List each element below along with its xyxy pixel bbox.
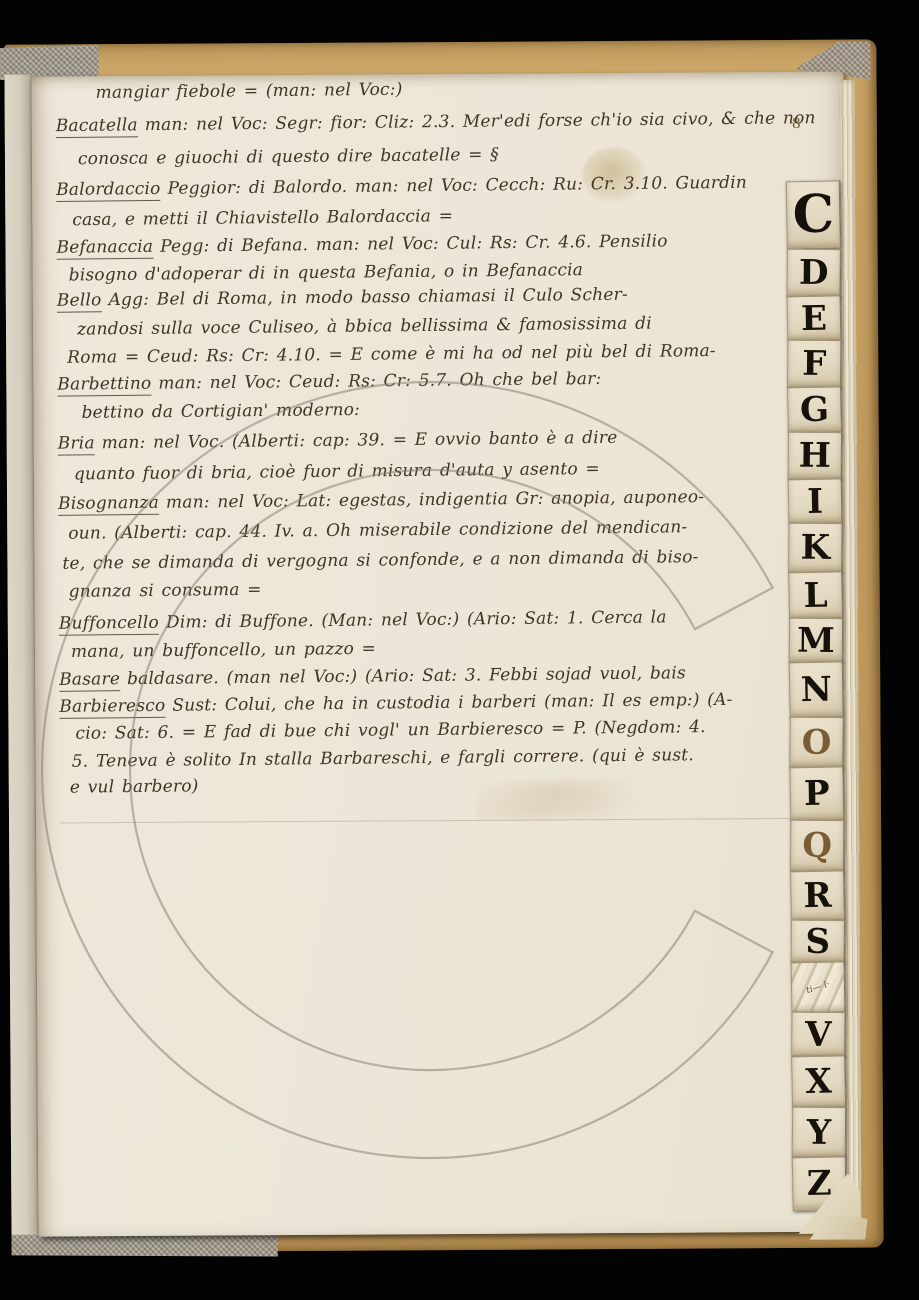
manuscript-photo: 8 mangiar fiebole = (man: nel Voc:)Bacat…	[0, 0, 919, 1300]
alphabet-tab: Q	[790, 820, 844, 873]
tab-letter: D	[799, 256, 829, 290]
entry-headword: Bria	[58, 433, 95, 455]
tab-letter: Y	[807, 1115, 832, 1149]
manuscript-line: bettino da Cortigian' moderno:	[81, 400, 360, 423]
entry-text: bettino da Cortigian' moderno:	[81, 400, 360, 423]
entry-text: gnanza si consuma =	[69, 580, 262, 602]
manuscript-line: BarbierescoSust: Colui, che ha in custod…	[59, 690, 732, 717]
entry-text: man: nel Voc: Segr: fior: Cliz: 2.3. Mer…	[145, 108, 816, 135]
entry-headword: Bacatella	[56, 115, 138, 138]
entry-text: mangiar fiebole = (man: nel Voc:)	[95, 80, 402, 103]
entry-text: baldasare. (man nel Voc:) (Ario: Sat: 3.…	[127, 663, 686, 689]
alphabet-tab: I	[788, 478, 843, 524]
entry-text: mana, un buffoncello, un pazzo =	[71, 639, 376, 662]
tab-letter: F	[802, 347, 826, 381]
tab-letter: L	[803, 578, 828, 612]
manuscript-line: Briaman: nel Voc. (Alberti: cap: 39. = E…	[58, 428, 618, 454]
entry-text: casa, e metti il Chiavistello Balordacci…	[72, 206, 453, 230]
manuscript-line: casa, e metti il Chiavistello Balordacci…	[72, 206, 453, 230]
manuscript-line: bisogno d'adoperar di in questa Befania,…	[69, 260, 584, 285]
manuscript-line: Roma = Ceud: Rs: Cr: 4.10. = E come è mi…	[67, 341, 716, 368]
tab-letter: I	[807, 484, 824, 518]
manuscript-line: mangiar fiebole = (man: nel Voc:)	[95, 80, 402, 103]
entry-text: oun. (Alberti: cap. 44. Iv. a. Oh misera…	[68, 517, 687, 543]
entry-text: bisogno d'adoperar di in questa Befania,…	[69, 260, 584, 285]
entry-headword: Barbieresco	[59, 696, 165, 719]
manuscript-line: Basarebaldasare. (man nel Voc:) (Ario: S…	[59, 663, 686, 690]
manuscript-line: Bisognanzaman: nel Voc: Lat: egestas, in…	[58, 487, 704, 514]
entry-headword: Barbettino	[57, 374, 151, 397]
entry-text: zandosi sulla voce Culiseo, à bbica bell…	[77, 314, 652, 340]
alphabet-tab: O	[789, 717, 843, 769]
entry-headword: Basare	[59, 669, 120, 692]
manuscript-line: zandosi sulla voce Culiseo, à bbica bell…	[77, 314, 652, 340]
manuscript-line: BelloAgg: Bel di Roma, in modo basso chi…	[57, 285, 628, 311]
tab-letter: Z	[807, 1167, 832, 1201]
tab-letter: E	[801, 301, 828, 335]
tab-letter: K	[800, 531, 830, 565]
alphabet-tab: Y	[792, 1107, 846, 1159]
alphabet-tab: C	[786, 180, 841, 249]
alphabet-tab: L	[788, 571, 843, 619]
tab-letter: M	[797, 623, 835, 657]
entry-text: quanto fuor di bria, cioè fuor di misura…	[74, 459, 600, 485]
manuscript-line: cio: Sat: 6. = E fad di bue chi vogl' un…	[75, 717, 705, 744]
entry-text: Dim: di Buffone. (Man: nel Voc:) (Ario: …	[166, 607, 667, 632]
manuscript-line: BuffoncelloDim: di Buffone. (Man: nel Vo…	[59, 607, 667, 633]
entry-text: Peggior: di Balordo. man: nel Voc: Cecch…	[167, 173, 747, 199]
alphabet-tab: K	[788, 523, 842, 574]
alphabet-tab: E	[787, 295, 842, 341]
entry-headword: Balordaccio	[56, 179, 161, 202]
tab-letter: H	[799, 439, 831, 473]
manuscript-line: oun. (Alberti: cap. 44. Iv. a. Oh misera…	[68, 517, 687, 543]
alphabet-tab: P	[789, 766, 844, 821]
entry-text: man: nel Voc: Lat: egestas, indigentia G…	[166, 487, 704, 513]
tab-scribble: ti— l·	[805, 979, 831, 996]
alphabet-tab: M	[789, 618, 843, 664]
tab-letter: C	[792, 188, 834, 241]
tab-letter: O	[802, 725, 832, 759]
manuscript-line: quanto fuor di bria, cioè fuor di misura…	[74, 459, 600, 485]
manuscript-line: mana, un buffoncello, un pazzo =	[71, 639, 376, 662]
tab-letter: V	[805, 1017, 832, 1051]
entry-text: cio: Sat: 6. = E fad di bue chi vogl' un…	[75, 717, 705, 744]
tab-letter: N	[800, 673, 832, 708]
manuscript-line: BefanacciaPegg: di Befana. man: nel Voc:…	[56, 231, 667, 257]
alphabet-tab: X	[791, 1055, 846, 1108]
alphabet-tab: N	[789, 661, 844, 718]
ink-bleedthrough	[476, 779, 646, 820]
entry-text: te, che se dimanda di vergogna si confon…	[62, 547, 698, 574]
manuscript-book: 8 mangiar fiebole = (man: nel Voc:)Bacat…	[0, 0, 919, 1300]
entry-text: 5. Teneva è solito In stalla Barbareschi…	[72, 745, 694, 772]
entry-headword: Befanaccia	[56, 237, 153, 260]
alphabet-tab: V	[791, 1012, 845, 1058]
alphabet-tab: D	[786, 249, 840, 298]
entry-text: Pegg: di Befana. man: nel Voc: Cul: Rs: …	[160, 231, 668, 256]
tab-letter: R	[803, 879, 832, 914]
alphabet-tab: G	[787, 386, 842, 433]
manuscript-line: conosca e giuochi di questo dire bacatel…	[78, 145, 499, 169]
entry-headword: Buffoncello	[59, 613, 159, 636]
entry-text: man: nel Voc: Ceud: Rs: Cr: 5.7. Oh che …	[158, 369, 601, 394]
entry-headword: Bello	[57, 290, 102, 312]
tab-letter: X	[805, 1065, 832, 1099]
alphabet-tab-index: CDEFGHIKLMNOPQRSti— l·VXYZ	[785, 0, 849, 1298]
paper-crease	[60, 818, 804, 824]
alphabet-tab: F	[787, 340, 841, 389]
entry-text: man: nel Voc. (Alberti: cap: 39. = E ovv…	[102, 428, 618, 453]
entry-text: e vul barbero)	[70, 776, 199, 797]
entry-text: Sust: Colui, che ha in custodia i barber…	[172, 690, 732, 716]
tab-letter: G	[800, 393, 830, 428]
tab-letter: S	[805, 924, 830, 958]
manuscript-line: gnanza si consuma =	[69, 580, 262, 602]
tab-letter: P	[804, 777, 830, 811]
entry-text: Agg: Bel di Roma, in modo basso chiamasi…	[108, 285, 628, 310]
manuscript-page: 8 mangiar fiebole = (man: nel Voc:)Bacat…	[31, 72, 850, 1237]
entry-headword: Bisognanza	[58, 493, 159, 516]
manuscript-line: Barbettinoman: nel Voc: Ceud: Rs: Cr: 5.…	[57, 369, 601, 395]
alphabet-tab: ti— l·	[791, 961, 846, 1013]
entry-text: conosca e giuochi di questo dire bacatel…	[78, 145, 499, 169]
alphabet-tab: S	[791, 920, 845, 964]
manuscript-line: BalordaccioPeggior: di Balordo. man: nel…	[56, 173, 747, 200]
entry-text: Roma = Ceud: Rs: Cr: 4.10. = E come è mi…	[67, 341, 716, 368]
alphabet-tab: H	[788, 432, 842, 481]
manuscript-line: Bacatellaman: nel Voc: Segr: fior: Cliz:…	[56, 108, 816, 136]
tab-letter: Q	[802, 829, 832, 863]
manuscript-line: 5. Teneva è solito In stalla Barbareschi…	[72, 745, 694, 772]
manuscript-line: te, che se dimanda di vergogna si confon…	[62, 547, 698, 574]
alphabet-tab: R	[790, 870, 845, 921]
manuscript-line: e vul barbero)	[70, 776, 199, 797]
